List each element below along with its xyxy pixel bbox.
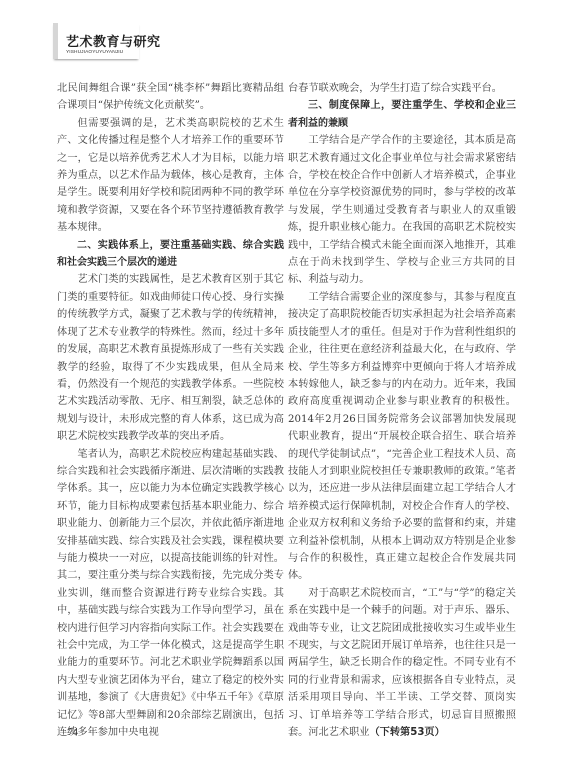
journal-title: 艺术教育与研究 bbox=[66, 36, 161, 49]
body-paragraph-text: 对于高职艺术院校而言，“工”与“学”的稳定关系在实践中是一个棘手的问题。对于声乐… bbox=[288, 588, 516, 738]
body-paragraph: 艺术门类的实践属性，是艺术教育区别于其它门类的重要特征。如戏曲师徒口传心授、身行… bbox=[57, 271, 284, 445]
body-paragraph: 笔者认为，高职艺术院校应构建起基础实践、综合实践和社会实践循序渐进、层次清晰的实… bbox=[57, 446, 284, 742]
body-paragraph: 工学结合需要企业的深度参与，其参与程度直接决定了高职院校能否切实承担起为社会培养… bbox=[288, 289, 516, 585]
continued-on-page-note: （下转第53页） bbox=[370, 727, 445, 738]
continued-paragraph: 台春节联欢晚会，为学生打造了综合实践平台。 bbox=[288, 80, 516, 97]
continued-paragraph: 北民间舞组合课”获全国“桃李杯”舞蹈比赛精品组合课项目“保护传统文化贡献奖”。 bbox=[57, 80, 284, 115]
section-heading-3: 三、制度保障上，要注重学生、学校和企业三者利益的兼顾 bbox=[288, 97, 516, 132]
left-text-column: 北民间舞组合课”获全国“桃李杯”舞蹈比赛精品组合课项目“保护传统文化贡献奖”。 … bbox=[57, 80, 284, 741]
body-paragraph: 对于高职艺术院校而言，“工”与“学”的稳定关系在实践中是一个棘手的问题。对于声乐… bbox=[288, 585, 516, 742]
section-heading-2: 二、实践体系上，要注重基础实践、综合实践和社会实践三个层次的递进 bbox=[57, 237, 284, 272]
journal-title-pinyin: YISHUJIAOYUYUYANJIU bbox=[66, 50, 123, 55]
body-paragraph: 工学结合是产学合作的主要途径，其本质是高职艺术教育通过文化企事业单位与社会需求紧… bbox=[288, 132, 516, 289]
body-paragraph: 但需要强调的是，艺术类高职院校的艺术生产、文化传播过程是整个人才培养工作的重要环… bbox=[57, 115, 284, 237]
journal-masthead: 艺术教育与研究 YISHUJIAOYUYUYANJIU bbox=[53, 23, 139, 59]
page-number: 74 bbox=[68, 727, 78, 738]
right-text-column: 台春节联欢晚会，为学生打造了综合实践平台。 三、制度保障上，要注重学生、学校和企… bbox=[288, 80, 516, 741]
